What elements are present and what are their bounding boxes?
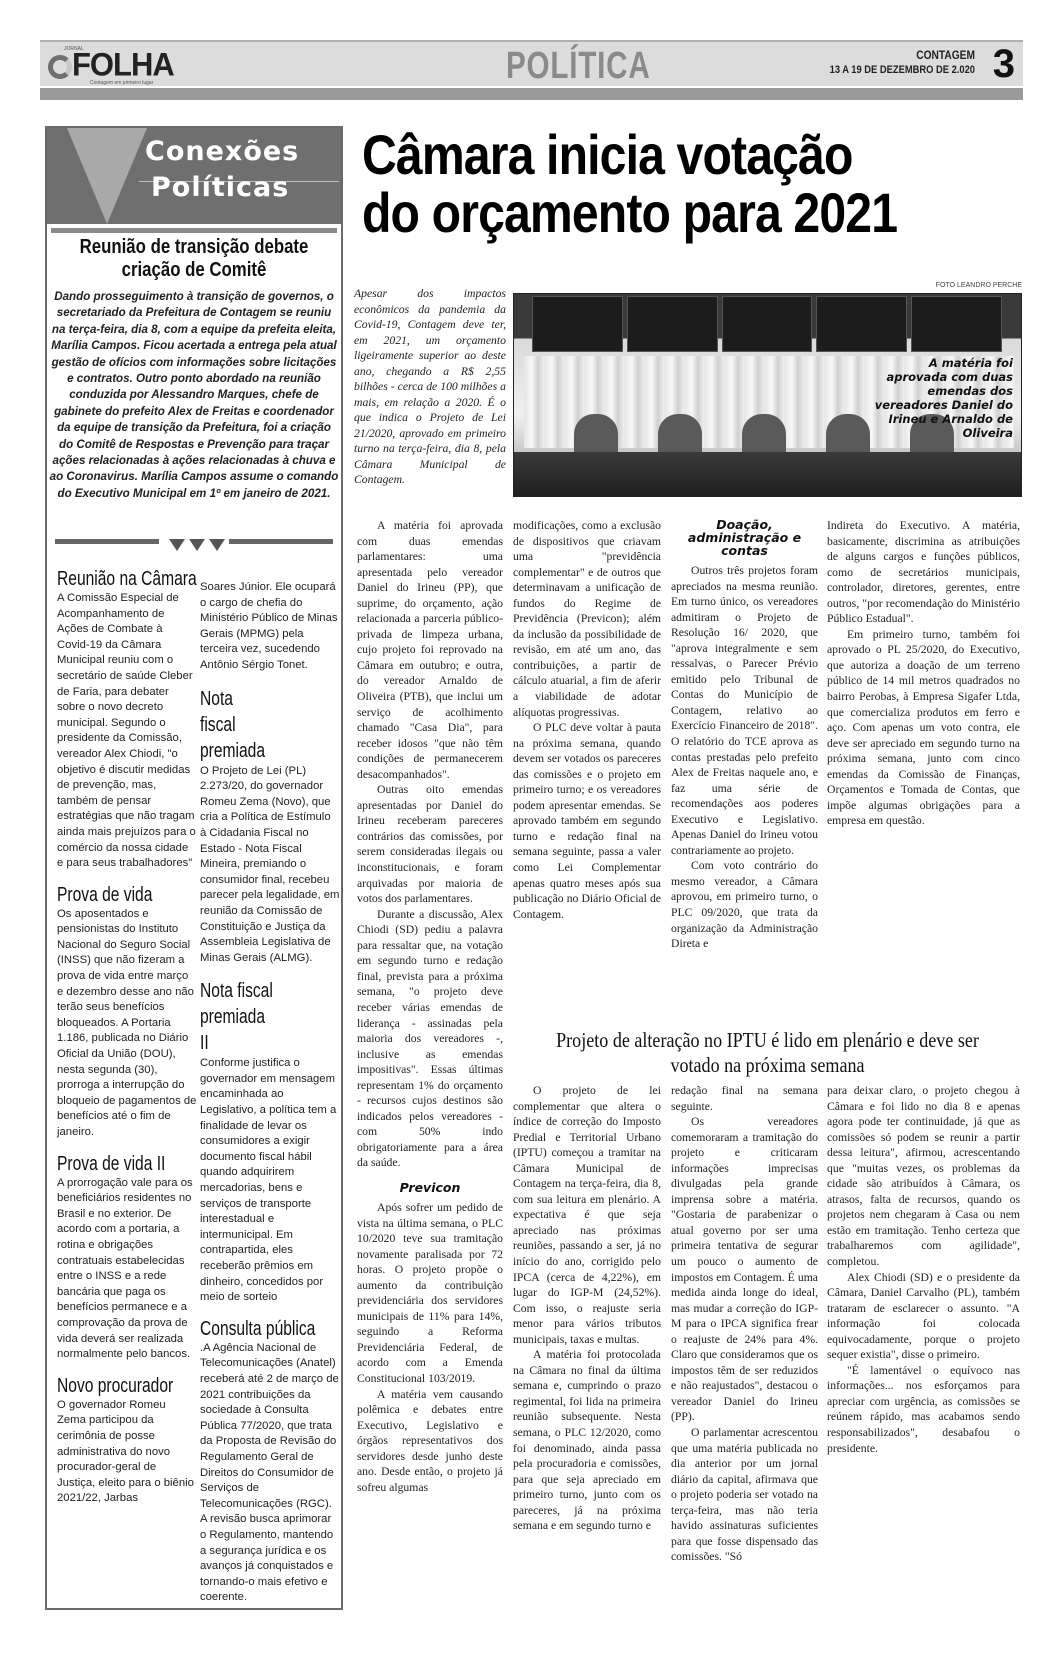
paragraph: "É lamentável o equívoco nas informações…: [827, 1363, 1020, 1456]
divider-arrows-icon: [169, 539, 225, 551]
paragraph: Em primeiro turno, também foi aprovado o…: [827, 627, 1020, 829]
brief-title: Prova de vida II: [57, 1153, 166, 1176]
city: CONTAGEM: [830, 48, 975, 63]
paragraph: A matéria foi aprovada com duas emendas …: [357, 518, 503, 782]
divider: [55, 539, 159, 544]
paragraph: modificações, como a exclusão de disposi…: [513, 518, 661, 720]
brief-body: Conforme justifica o governador em mensa…: [200, 1056, 340, 1306]
article-column-4: Indireta do Executivo. A matéria, basica…: [827, 518, 1020, 829]
section-title: POLÍTICA: [506, 44, 651, 88]
brief-body: O governador Romeu Zema participou da ce…: [57, 1398, 197, 1507]
column-title-line2: Políticas: [145, 170, 299, 206]
brief-item: Novo procurador O governador Romeu Zema …: [57, 1375, 197, 1507]
brief-body: Soares Júnior. Ele ocupará o cargo de ch…: [200, 580, 340, 674]
date: 13 A 19 DE DEZEMBRO DE 2.020: [830, 63, 975, 78]
brief-title: Nota fiscal premiada: [200, 686, 270, 764]
lead-title: Reunião de transição debate criação de C…: [79, 236, 309, 282]
brief-body: .A Agência Nacional de Telecomunicações …: [200, 1341, 340, 1606]
paragraph: redação final na semana seguinte.: [671, 1083, 818, 1114]
page-number: 3: [993, 42, 1015, 86]
desk: [514, 452, 1022, 497]
column-title-line1: Conexões: [145, 134, 299, 170]
paragraph: Indireta do Executivo. A matéria, basica…: [827, 518, 1020, 627]
masthead: JORNAL FOLHA Contagem em primeiro lugar …: [40, 40, 1023, 86]
subhead-previcon: Previcon: [357, 1181, 503, 1194]
article-column-3: Doação, administração e contas Outros tr…: [671, 518, 818, 952]
briefs-column-1: Reunião na Câmara A Comissão Especial de…: [57, 568, 197, 1507]
brief-title: Reunião na Câmara: [57, 568, 166, 591]
column-title: Conexões Políticas: [145, 134, 299, 206]
iptu-column-1: O projeto de lei complementar que altera…: [513, 1083, 661, 1534]
paragraph: Com voto contrário do mesmo vereador, a …: [671, 858, 818, 951]
paragraph: A matéria foi protocolada na Câmara no f…: [513, 1347, 661, 1534]
brief-body: Os aposentados e pensionistas do Institu…: [57, 907, 197, 1141]
brief-item: Consulta pública .A Agência Nacional de …: [200, 1318, 340, 1606]
iptu-column-3: para deixar claro, o projeto chegou à Câ…: [827, 1083, 1020, 1456]
lead-body: Dando prosseguimento à transição de gove…: [49, 289, 339, 502]
brief-item: Prova de vida Os aposentados e pensionis…: [57, 884, 197, 1141]
brief-item: Nota fiscal premiada II Conforme justifi…: [200, 978, 340, 1306]
brief-item: Soares Júnior. Ele ocupará o cargo de ch…: [200, 580, 340, 674]
paragraph: O parlamentar acrescentou que uma matéri…: [671, 1425, 818, 1565]
article-column-2: modificações, como a exclusão de disposi…: [513, 518, 661, 922]
iptu-headline: Projeto de alteração no IPTU é lido em p…: [550, 1028, 984, 1078]
article-column-1: A matéria foi aprovada com duas emendas …: [357, 518, 503, 1495]
brief-title: Prova de vida: [57, 884, 166, 907]
paragraph: A matéria vem causando polêmica e debate…: [357, 1387, 503, 1496]
triangle-icon: [67, 128, 147, 224]
paragraph: Os vereadores comemoraram a tramitação d…: [671, 1114, 818, 1425]
brief-title: Novo procurador: [57, 1375, 166, 1398]
brief-body: A Comissão Especial de Acompanhamento de…: [57, 591, 197, 872]
subhead-doacao: Doação, administração e contas: [671, 518, 818, 557]
brief-item: Nota fiscal premiada O Projeto de Lei (P…: [200, 686, 340, 967]
brief-item: Reunião na Câmara A Comissão Especial de…: [57, 568, 197, 872]
paragraph: para deixar claro, o projeto chegou à Câ…: [827, 1083, 1020, 1270]
logo-ring-icon: [48, 55, 72, 79]
masthead-bar: [40, 88, 1023, 100]
photo-caption: A matéria foi aprovada com duas emendas …: [873, 356, 1013, 440]
briefs-column-2: Soares Júnior. Ele ocupará o cargo de ch…: [200, 580, 340, 1606]
brief-title: Nota fiscal premiada II: [200, 978, 278, 1056]
paragraph: Outros três projetos foram apreciados na…: [671, 563, 818, 858]
brief-item: Prova de vida II A prorrogação vale para…: [57, 1153, 197, 1363]
brief-body: O Projeto de Lei (PL) 2.273/20, do gover…: [200, 764, 340, 967]
photo-credit: FOTO LEANDRO PERCHE: [936, 282, 1022, 289]
brief-title: Consulta pública: [200, 1318, 309, 1341]
paragraph: Após sofrer um pedido de vista na última…: [357, 1200, 503, 1387]
paragraph: Durante a discussão, Alex Chiodi (SD) pe…: [357, 907, 503, 1171]
iptu-column-2: redação final na semana seguinte. Os ver…: [671, 1083, 818, 1565]
header-underbar: [51, 228, 337, 233]
paragraph: O projeto de lei complementar que altera…: [513, 1083, 661, 1347]
brief-body: A prorrogação vale para os beneficiários…: [57, 1176, 197, 1363]
paragraph: O PLC deve voltar à pauta na próxima sem…: [513, 720, 661, 922]
main-headline: Câmara inicia votação do orçamento para …: [362, 126, 930, 242]
headline-line1: Câmara inicia votação: [362, 126, 930, 184]
headline-line2: do orçamento para 2021: [362, 184, 930, 242]
logo-slogan: Contagem em primeiro lugar: [90, 80, 153, 86]
paragraph: Outras oito emendas apresentadas por Dan…: [357, 782, 503, 906]
logo-word: FOLHA: [72, 48, 174, 82]
chamber-photo: A matéria foi aprovada com duas emendas …: [513, 293, 1022, 497]
article-intro: Apesar dos impactos econômicos da pandem…: [354, 286, 506, 488]
edition-info: CONTAGEM 13 A 19 DE DEZEMBRO DE 2.020: [830, 48, 975, 78]
paragraph: Alex Chiodi (SD) e o presidente da Câmar…: [827, 1270, 1020, 1363]
conexoes-politicas-box: Conexões Políticas Reunião de transição …: [45, 126, 343, 1610]
conexoes-header: Conexões Políticas: [47, 128, 341, 224]
divider: [229, 539, 333, 544]
voting-panels: [532, 296, 1002, 352]
